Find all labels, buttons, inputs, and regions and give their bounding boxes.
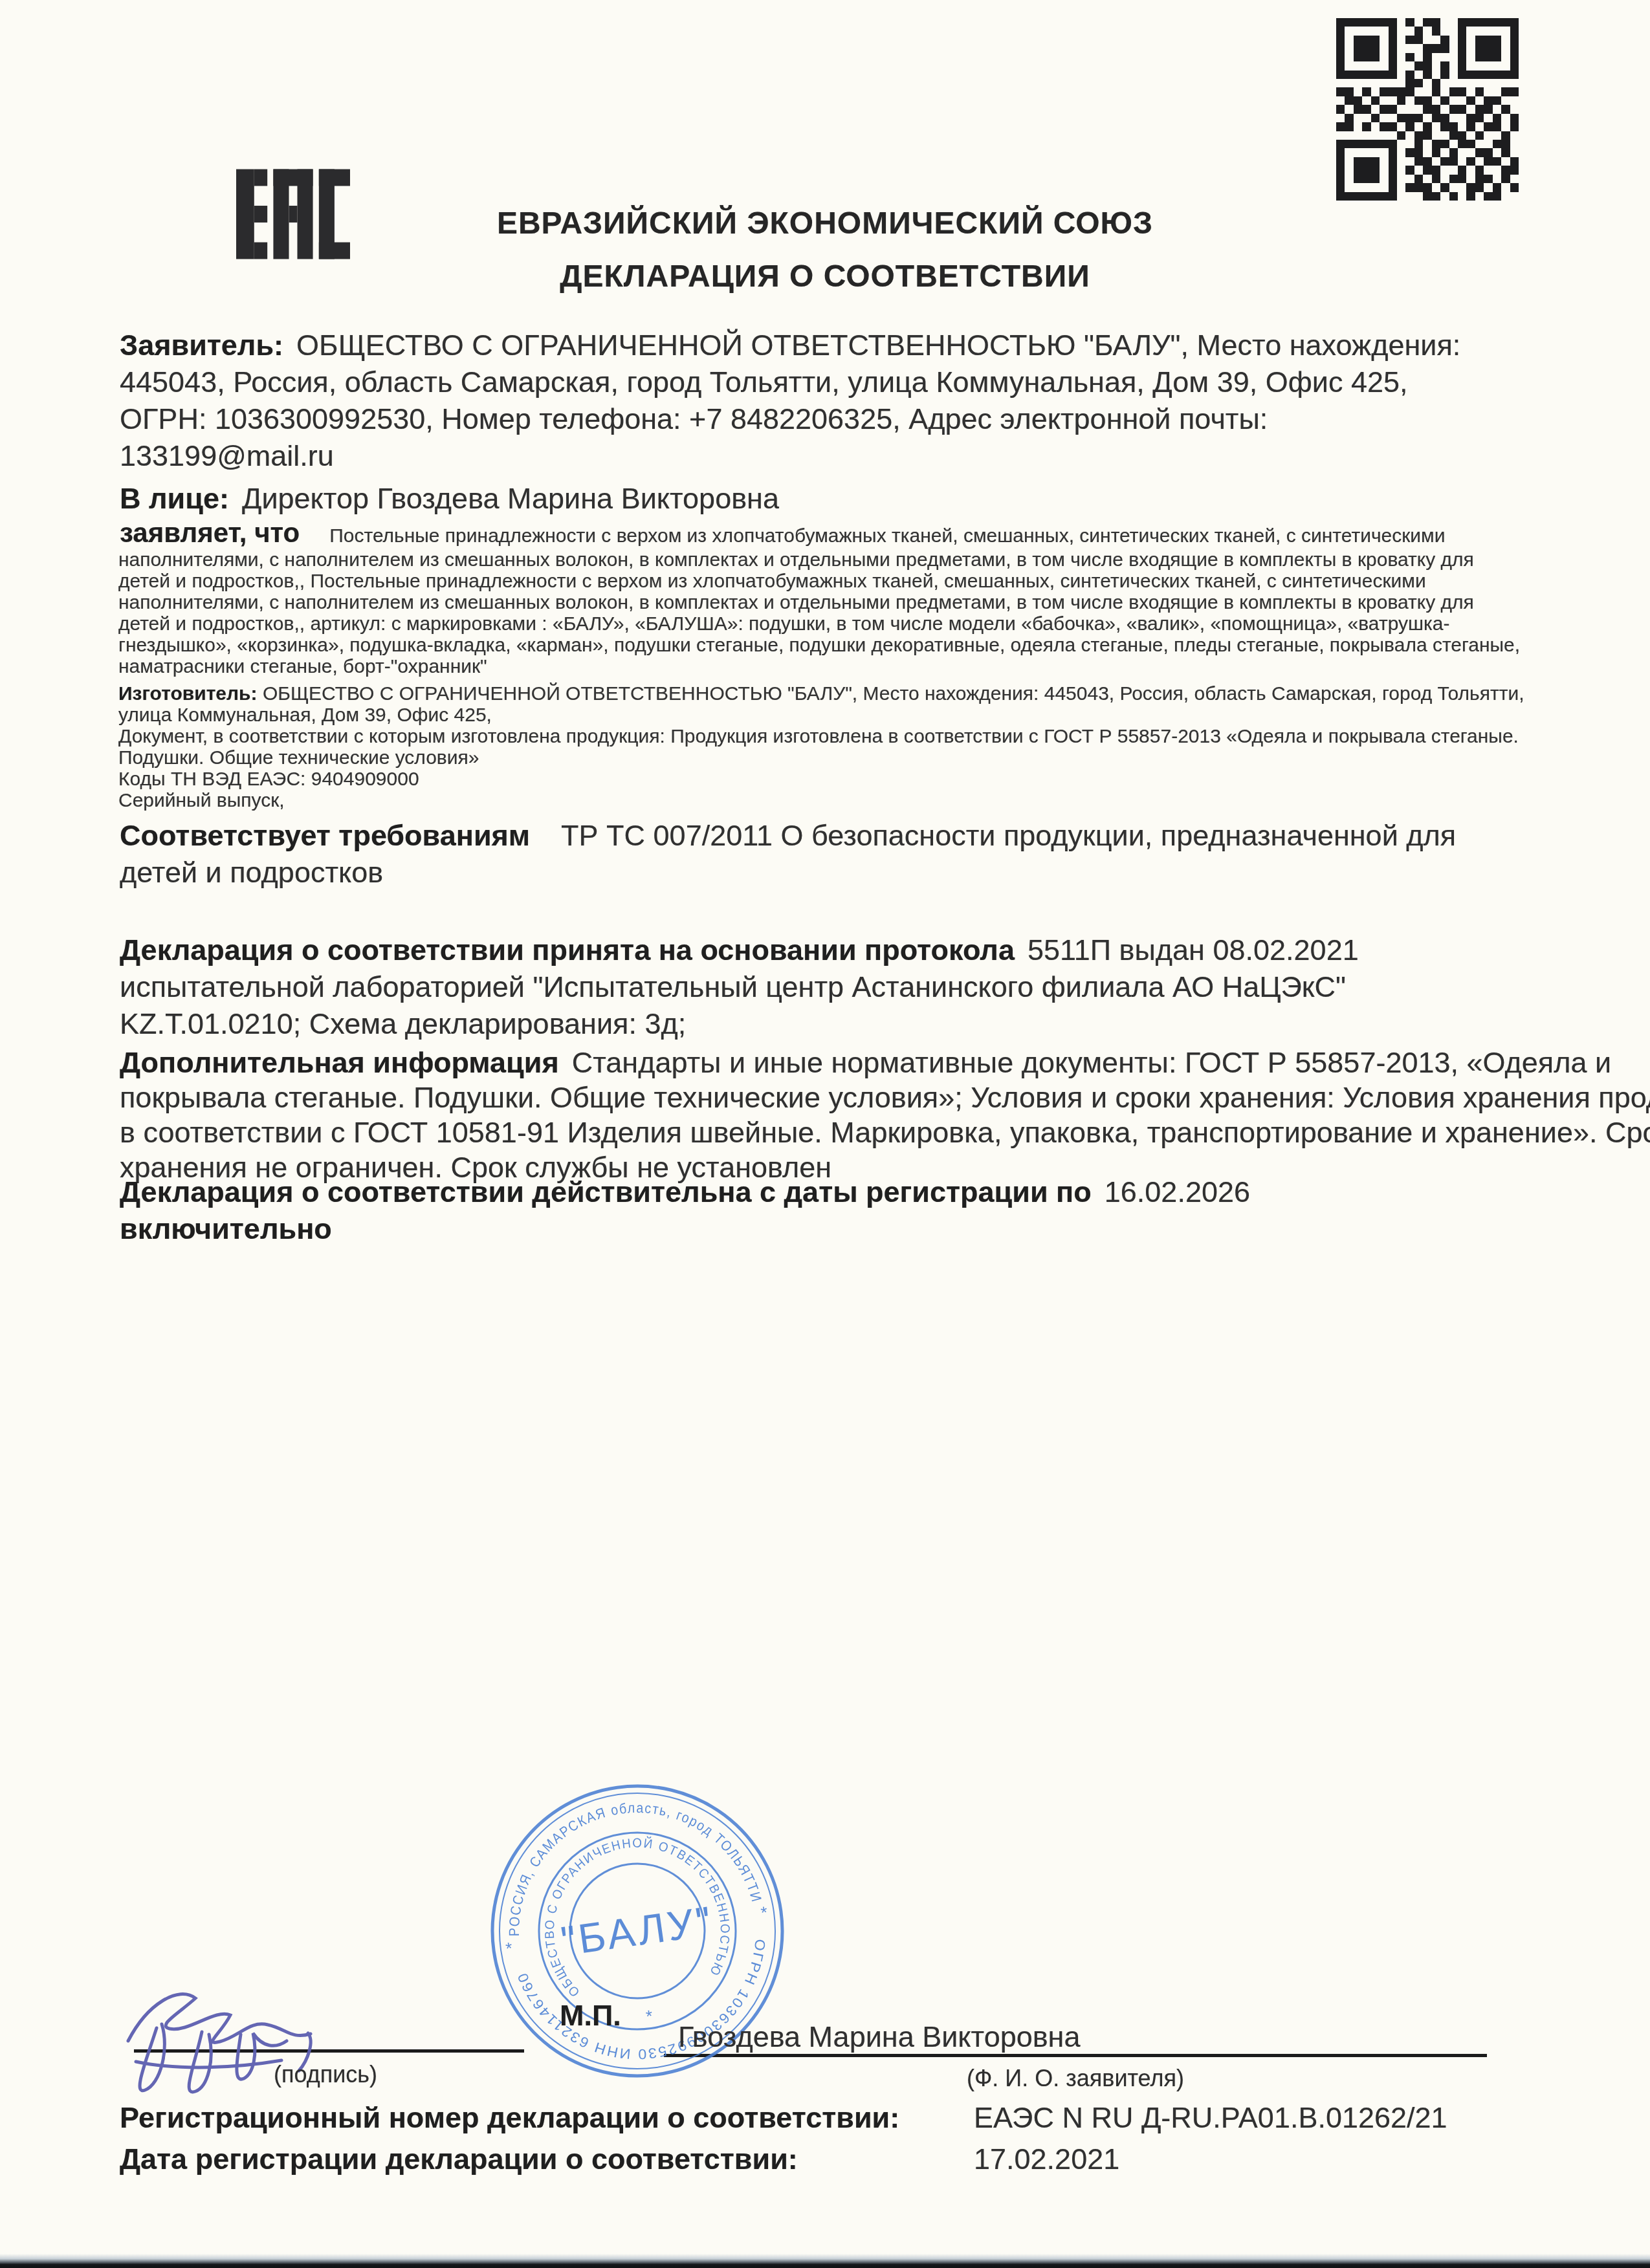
basis-line-2: испытательной лабораторией "Испытательны…	[120, 968, 1359, 1005]
registration-date-label: Дата регистрации декларации о соответств…	[120, 2143, 798, 2176]
serial-line: Серийный выпуск,	[118, 790, 1524, 811]
applicant-line-2: 445043, Россия, область Самарская, город…	[120, 364, 1460, 400]
registration-number-label: Регистрационный номер декларации о соотв…	[120, 2101, 899, 2135]
basis-line-1: Декларация о соответствии принята на осн…	[120, 932, 1359, 968]
stamp-place-label: М.П.	[560, 1999, 621, 2033]
person-line: В лице:Директор Гвоздева Марина Викторов…	[120, 480, 779, 517]
manufacturer-label: Изготовитель:	[118, 683, 258, 704]
applicant-block: Заявитель:ОБЩЕСТВО С ОГРАНИЧЕННОЙ ОТВЕТС…	[120, 327, 1460, 474]
declaration-title: ДЕКЛАРАЦИЯ О СООТВЕТСТВИИ	[110, 259, 1540, 294]
compliance-block: Соответствует требованиямТР ТС 007/2011 …	[120, 817, 1456, 891]
declares-line-6: гнездышко», «корзинка», подушка-вкладка,…	[118, 635, 1520, 656]
compliance-label: Соответствует требованиям	[120, 819, 530, 852]
declaration-document: ЕВРАЗИЙСКИЙ ЭКОНОМИЧЕСКИЙ СОЮЗ ДЕКЛАРАЦИ…	[0, 0, 1650, 2268]
manufacturer-line-2: улица Коммунальная, Дом 39, Офис 425,	[118, 704, 1524, 726]
additional-line-2: покрывала стеганые. Подушки. Общие техни…	[120, 1080, 1650, 1115]
compliance-line-1: Соответствует требованиямТР ТС 007/2011 …	[120, 817, 1456, 854]
declares-row: заявляет, что Постельные принадлежности …	[120, 518, 1445, 549]
declares-line-5: детей и подростков,, артикул: с маркиров…	[118, 613, 1520, 635]
qr-code	[1336, 18, 1519, 201]
additional-line-3: в соответствии с ГОСТ 10581-91 Изделия ш…	[120, 1115, 1650, 1150]
additional-label: Дополнительная информация	[120, 1046, 559, 1079]
validity-label: Декларация о соответствии действительна …	[120, 1175, 1092, 1208]
stamp-star-right: *	[760, 1903, 769, 1923]
registration-date-value: 17.02.2021	[974, 2143, 1119, 2176]
declares-line-3: детей и подростков,, Постельные принадле…	[118, 571, 1520, 592]
declares-label: заявляет, что	[120, 518, 300, 549]
basis-line-3: KZ.T.01.0210; Схема декларирования: 3д;	[120, 1005, 1359, 1042]
declares-line-4: наполнителями, с наполнителем из смешанн…	[118, 592, 1520, 613]
applicant-line-3: ОГРН: 1036300992530, Номер телефона: +7 …	[120, 400, 1460, 437]
compliance-line-2: детей и подростков	[120, 854, 1456, 891]
stamp-center-text: "БАЛУ"	[558, 1897, 716, 1965]
scan-edge	[0, 2254, 1650, 2268]
registration-number-value: ЕАЭС N RU Д-RU.РА01.В.01262/21	[974, 2101, 1447, 2135]
declares-line-7: наматрасники стеганые, борт-"охранник"	[118, 656, 1520, 677]
stamp-star-bottom: *	[644, 2006, 654, 2026]
union-title: ЕВРАЗИЙСКИЙ ЭКОНОМИЧЕСКИЙ СОЮЗ	[110, 206, 1540, 241]
applicant-line-1: Заявитель:ОБЩЕСТВО С ОГРАНИЧЕННОЙ ОТВЕТС…	[120, 327, 1460, 364]
validity-line-1: Декларация о соответствии действительна …	[120, 1173, 1250, 1210]
manufacturer-block: Изготовитель: ОБЩЕСТВО С ОГРАНИЧЕННОЙ ОТ…	[118, 683, 1524, 811]
signature-caption: (подпись)	[274, 2061, 377, 2088]
manufacturer-line-1: Изготовитель: ОБЩЕСТВО С ОГРАНИЧЕННОЙ ОТ…	[118, 683, 1524, 704]
product-doc-line-2: Подушки. Общие технические условия»	[118, 747, 1524, 769]
signer-name: Гвоздева Марина Викторовна	[678, 2018, 1081, 2055]
validity-block: Декларация о соответствии действительна …	[120, 1173, 1250, 1247]
stamp-star-left: *	[505, 1938, 514, 1958]
declares-line-2: наполнителями, с наполнителем из смешанн…	[118, 549, 1520, 571]
basis-block: Декларация о соответствии принята на осн…	[120, 932, 1359, 1042]
person-label: В лице:	[120, 482, 229, 515]
tnved-line: Коды ТН ВЭД ЕАЭС: 9404909000	[118, 769, 1524, 790]
declares-lines: наполнителями, с наполнителем из смешанн…	[118, 549, 1520, 677]
validity-line-2: включительно	[120, 1210, 1250, 1247]
product-doc-line-1: Документ, в соответствии с которым изгот…	[118, 726, 1524, 747]
validity-date: 16.02.2026	[1105, 1175, 1250, 1208]
basis-label: Декларация о соответствии принята на осн…	[120, 933, 1015, 966]
name-caption: (Ф. И. О. заявителя)	[967, 2065, 1184, 2092]
additional-block: Дополнительная информацияСтандарты и ины…	[120, 1045, 1650, 1185]
applicant-line-4: 133199@mail.ru	[120, 437, 1460, 474]
additional-line-1: Дополнительная информацияСтандарты и ины…	[120, 1045, 1650, 1080]
declares-line-1: Постельные принадлежности с верхом из хл…	[329, 525, 1445, 547]
applicant-label: Заявитель:	[120, 329, 283, 362]
